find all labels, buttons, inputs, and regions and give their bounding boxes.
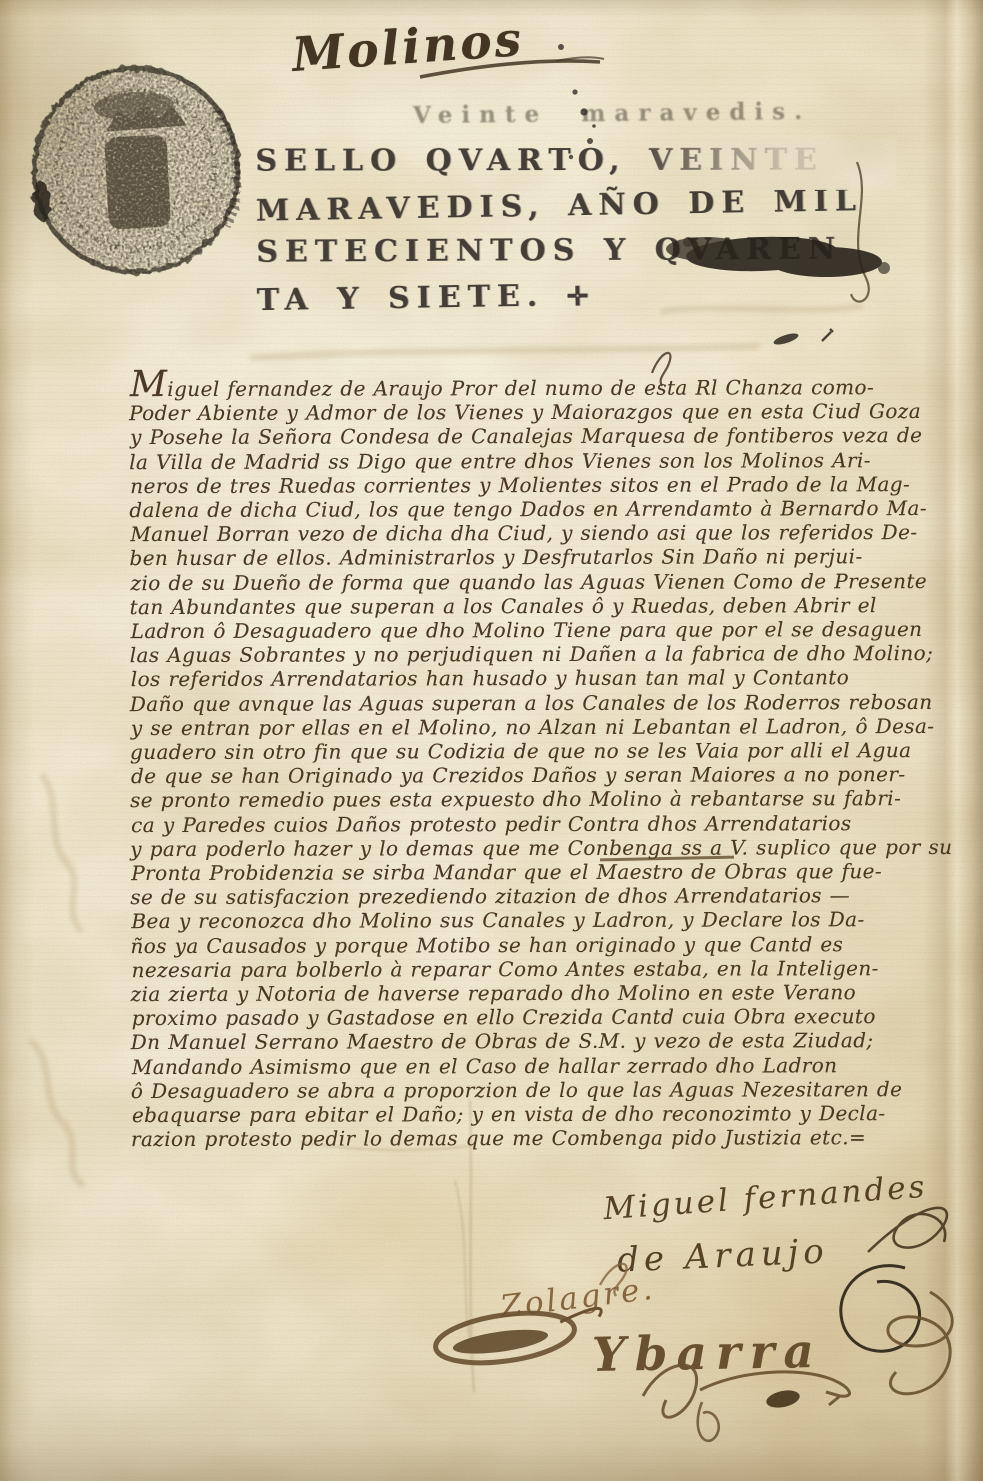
manuscript-line: razion protesto pedir lo demas que me Co… [131,1125,967,1151]
ink-blob [765,1388,802,1411]
manuscript-line: Poder Abiente y Admor de los Vienes y Ma… [129,399,965,425]
manuscript-line: proximo pasado y Gastadose en ello Crezi… [132,1004,968,1030]
cross-mark-icon: ✛ [566,282,588,312]
manuscript-line: las Aguas Sobrantes y no perjudiquen ni … [130,641,966,667]
tax-stamp-line: TA Y SIETE. ✛ [256,268,917,325]
tax-stamp-line-text: TA Y SIETE. [256,279,544,319]
manuscript-line: Pronta Probidenzia se sirba Mandar que e… [131,859,967,885]
manuscript-line: Ladron ô Desaguadero que dho Molino Tien… [131,617,967,643]
signature-principal-line1: Miguel fernandes [602,1169,928,1228]
manuscript-line: tan Abundantes que superan a los Canales… [130,593,966,619]
manuscript-line: ca y Paredes cuios Daños protesto pedir … [131,811,967,837]
manuscript-line: ebaquarse para ebitar el Daño; y en vist… [132,1101,968,1127]
manuscript-line: ños ya Causados y porque Motibo se han o… [130,932,966,958]
signature-notary: Ybarra [592,1324,824,1383]
manuscript-line: Dn Manuel Serrano Maestro de Obras de S.… [131,1028,967,1054]
tax-stamp-line: SELLO QVARTO, VEINTE [255,137,915,183]
rubric-swirl-bottom [888,1292,952,1394]
manuscript-line: ô Desaguadero se abra a proporzion de lo… [131,1077,967,1103]
manuscript-line: ben husar de ellos. Administrarlos y Des… [129,544,965,570]
manuscript-line: de que se han Originado ya Crezidos Daño… [131,762,967,788]
manuscript-line: zia zierta y Notoria de haverse reparado… [131,980,967,1006]
ink-speck [772,329,833,347]
manuscript-line: dalena de dicha Ciud, los que tengo Dado… [129,496,965,522]
document-title: Molinos [290,12,525,83]
manuscript-line: Manuel Borran vezo de dicha dha Ciud, y … [130,520,966,546]
rubric-swirl-top [868,1208,947,1252]
manuscript-line: se de su satisfaczion prezediendo zitazi… [130,883,966,909]
manuscript-line: Mandando Asimismo que en el Caso de hall… [132,1053,968,1079]
manuscript-line: zio de su Dueño de forma que quando las … [130,569,966,595]
manuscript-line: Daño que avnque las Aguas superan a los … [130,690,966,716]
rubric-descender [698,1402,719,1441]
manuscript-line: y Posehe la Señora Condesa de Canalejas … [130,423,966,449]
rubric-loop [841,1266,920,1352]
tax-stamp-block: SELLO QVARTO, VEINTE MARAVEDIS, AÑO DE M… [255,135,917,324]
manuscript-line: neros de tres Ruedas corrientes y Molien… [130,472,966,498]
manuscript-line: los referidos Arrendatarios han husado y… [131,665,967,691]
manuscript-line: nezesaria para bolberlo à reparar Como A… [132,956,968,982]
signature-witness: Zolagre. [498,1271,657,1326]
manuscript-line: la Villa de Madrid ss Digo que entre dho… [129,448,965,474]
manuscript-line: guadero sin otro fin que su Codizia de q… [130,738,966,764]
manuscript-line: se pronto remedio pues esta expuesto dho… [130,786,966,812]
manuscript-body: Miguel fernandez de Araujo Pror del numo… [129,371,967,1152]
manuscript-line: Bea y reconozca dho Molino sus Canales y… [131,907,967,933]
royal-coat-of-arms-seal-icon [14,46,266,298]
tax-stamp-line: MARAVEDIS, AÑO DE MIL [255,177,916,234]
manuscript-line: y se entran por ellas en el Molino, no A… [131,714,967,740]
manuscript-page: Molinos Veinte maravedis. SELLO QVARTO, … [0,0,983,1481]
manuscript-line: Miguel fernandez de Araujo Pror del numo… [130,371,966,401]
tax-stamp-line: SETECIENTOS Y QVAREN [256,226,916,274]
manuscript-line: y para poderlo hazer y lo demas que me C… [130,835,966,861]
faint-stamp-text: Veinte maravedis. [413,98,811,129]
